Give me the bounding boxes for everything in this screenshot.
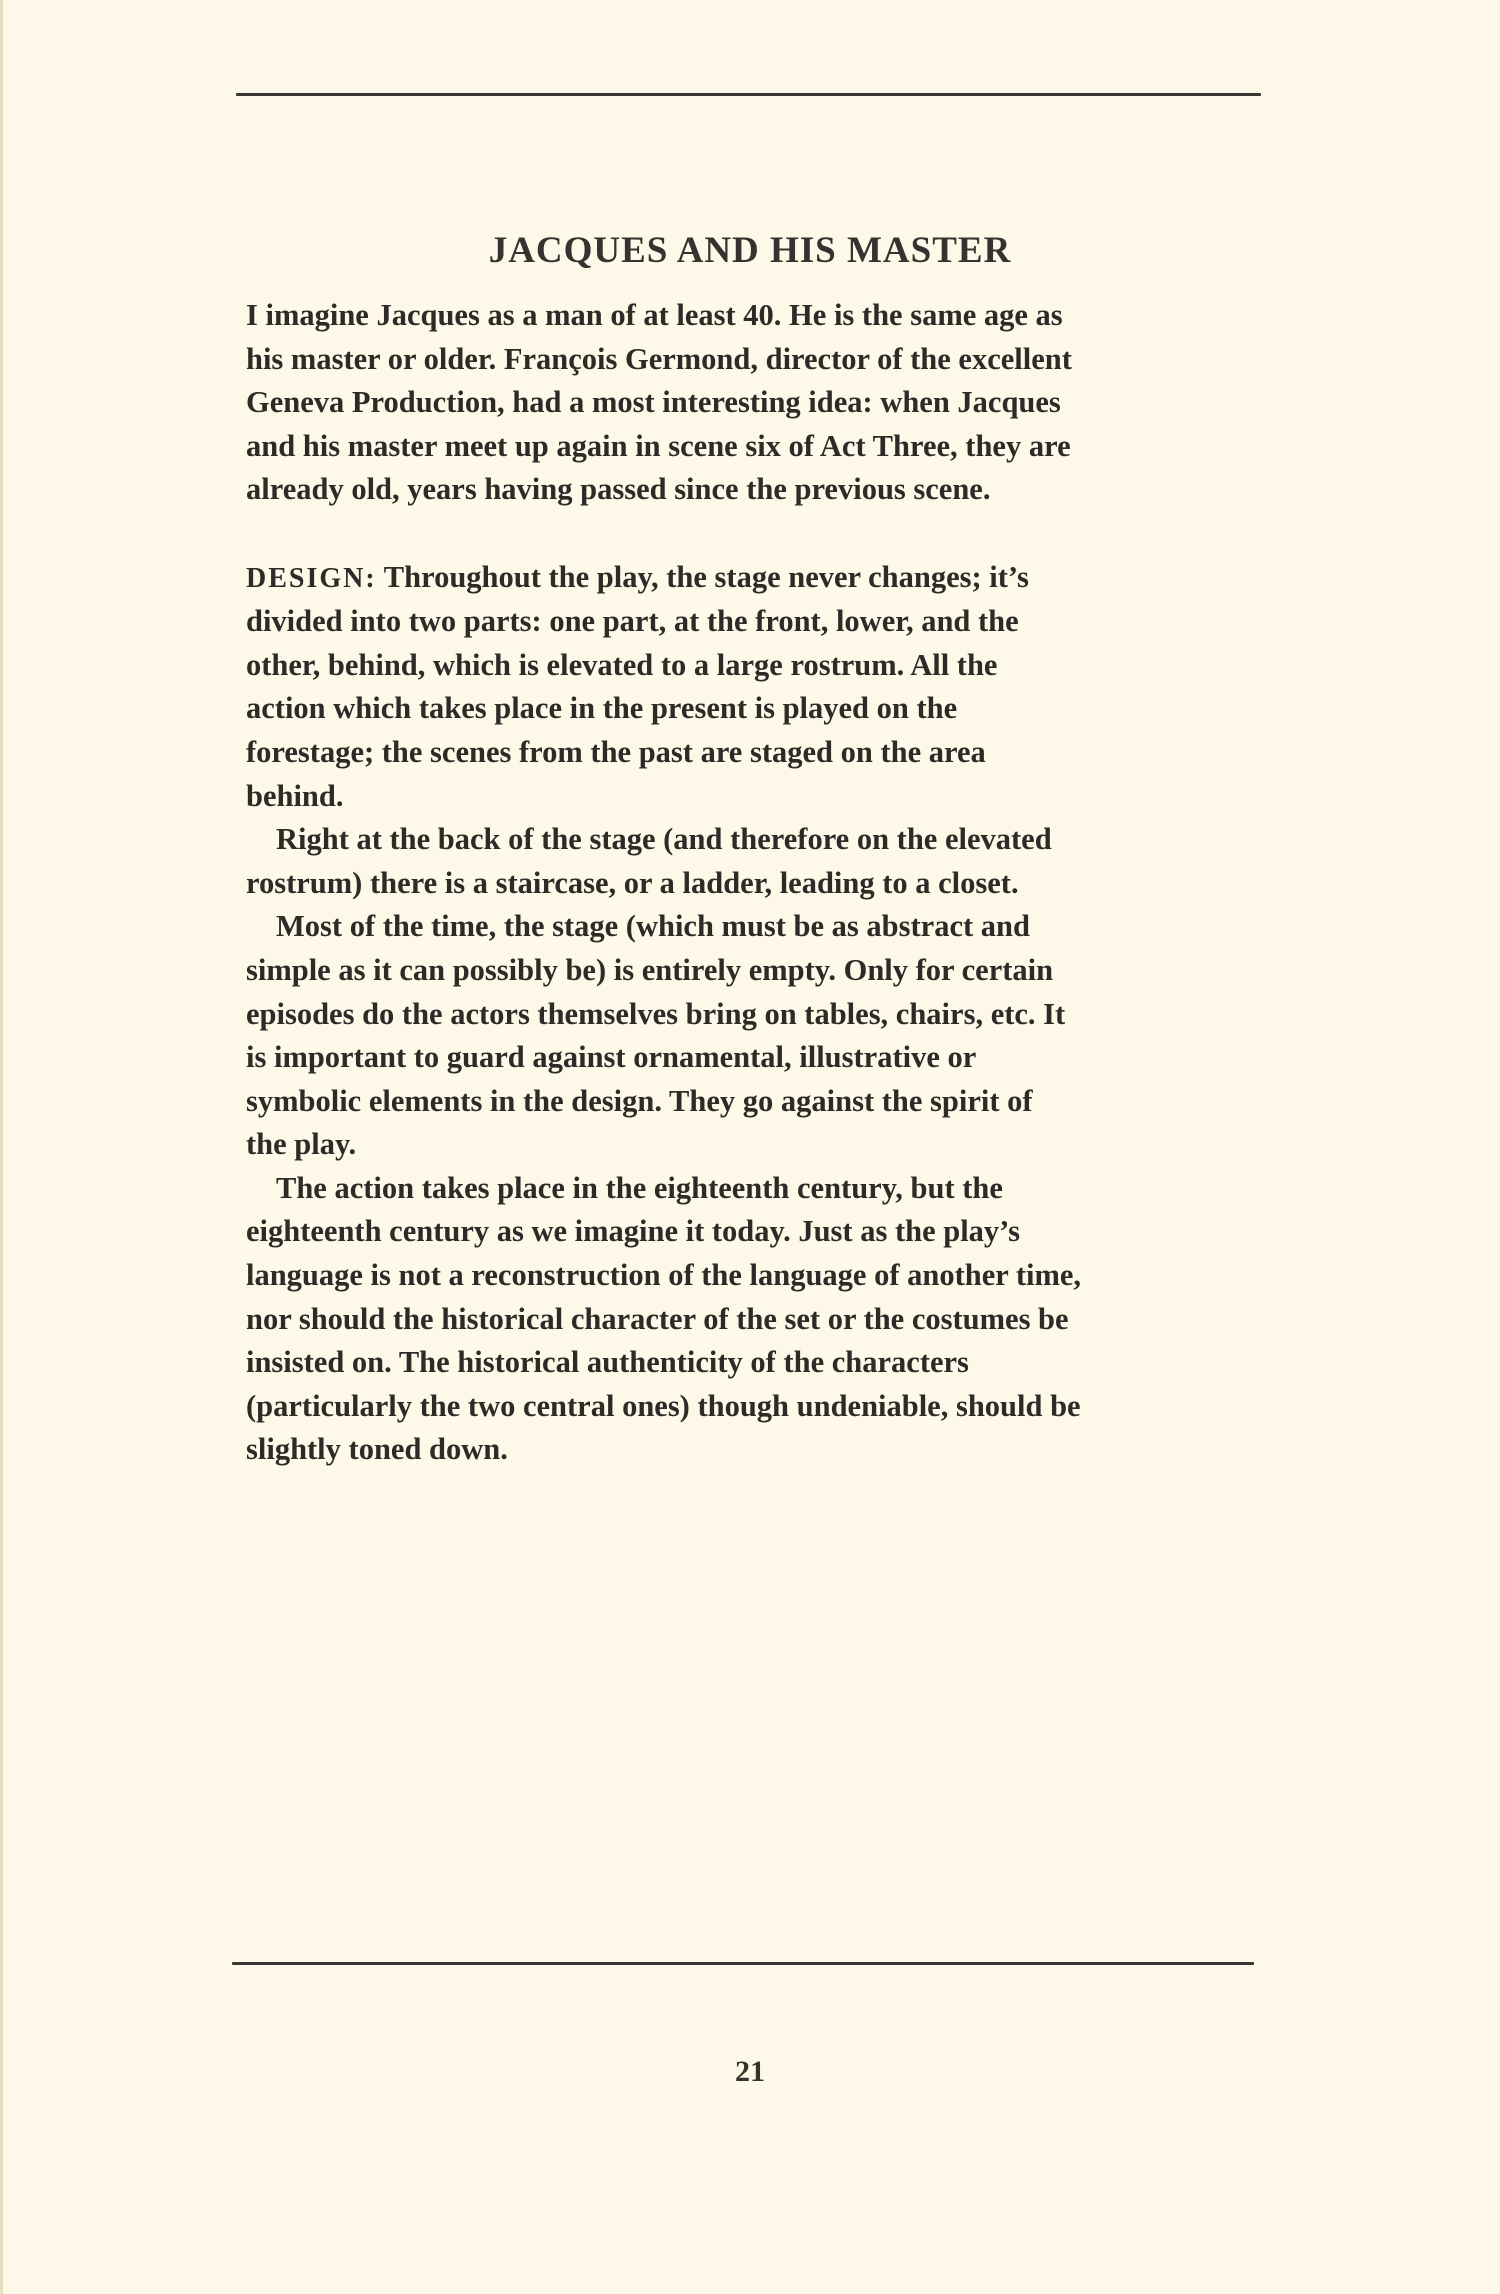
paragraph-design: DESIGN: Throughout the play, the stage n… xyxy=(246,556,1276,819)
page-edge xyxy=(0,0,3,2294)
paragraph-text: Most of the time, the stage (which must … xyxy=(246,909,1065,1161)
bottom-rule xyxy=(232,1962,1254,1965)
paragraph-staircase: Right at the back of the stage (and ther… xyxy=(246,818,1276,905)
top-rule xyxy=(236,93,1261,96)
design-label: DESIGN: xyxy=(246,563,377,594)
page-title: JACQUES AND HIS MASTER xyxy=(0,229,1500,273)
paragraph-intro: I imagine Jacques as a man of at least 4… xyxy=(246,294,1276,512)
paragraph-eighteenth-century: The action takes place in the eighteenth… xyxy=(246,1167,1276,1472)
body-text: I imagine Jacques as a man of at least 4… xyxy=(246,294,1276,1472)
paragraph-text: Throughout the play, the stage never cha… xyxy=(246,560,1029,813)
paragraph-text: Right at the back of the stage (and ther… xyxy=(246,822,1052,900)
paragraph-text: The action takes place in the eighteenth… xyxy=(246,1171,1081,1467)
paragraph-stage-empty: Most of the time, the stage (which must … xyxy=(246,905,1276,1167)
page-number: 21 xyxy=(0,2055,1500,2089)
paragraph-text: I imagine Jacques as a man of at least 4… xyxy=(246,298,1072,506)
